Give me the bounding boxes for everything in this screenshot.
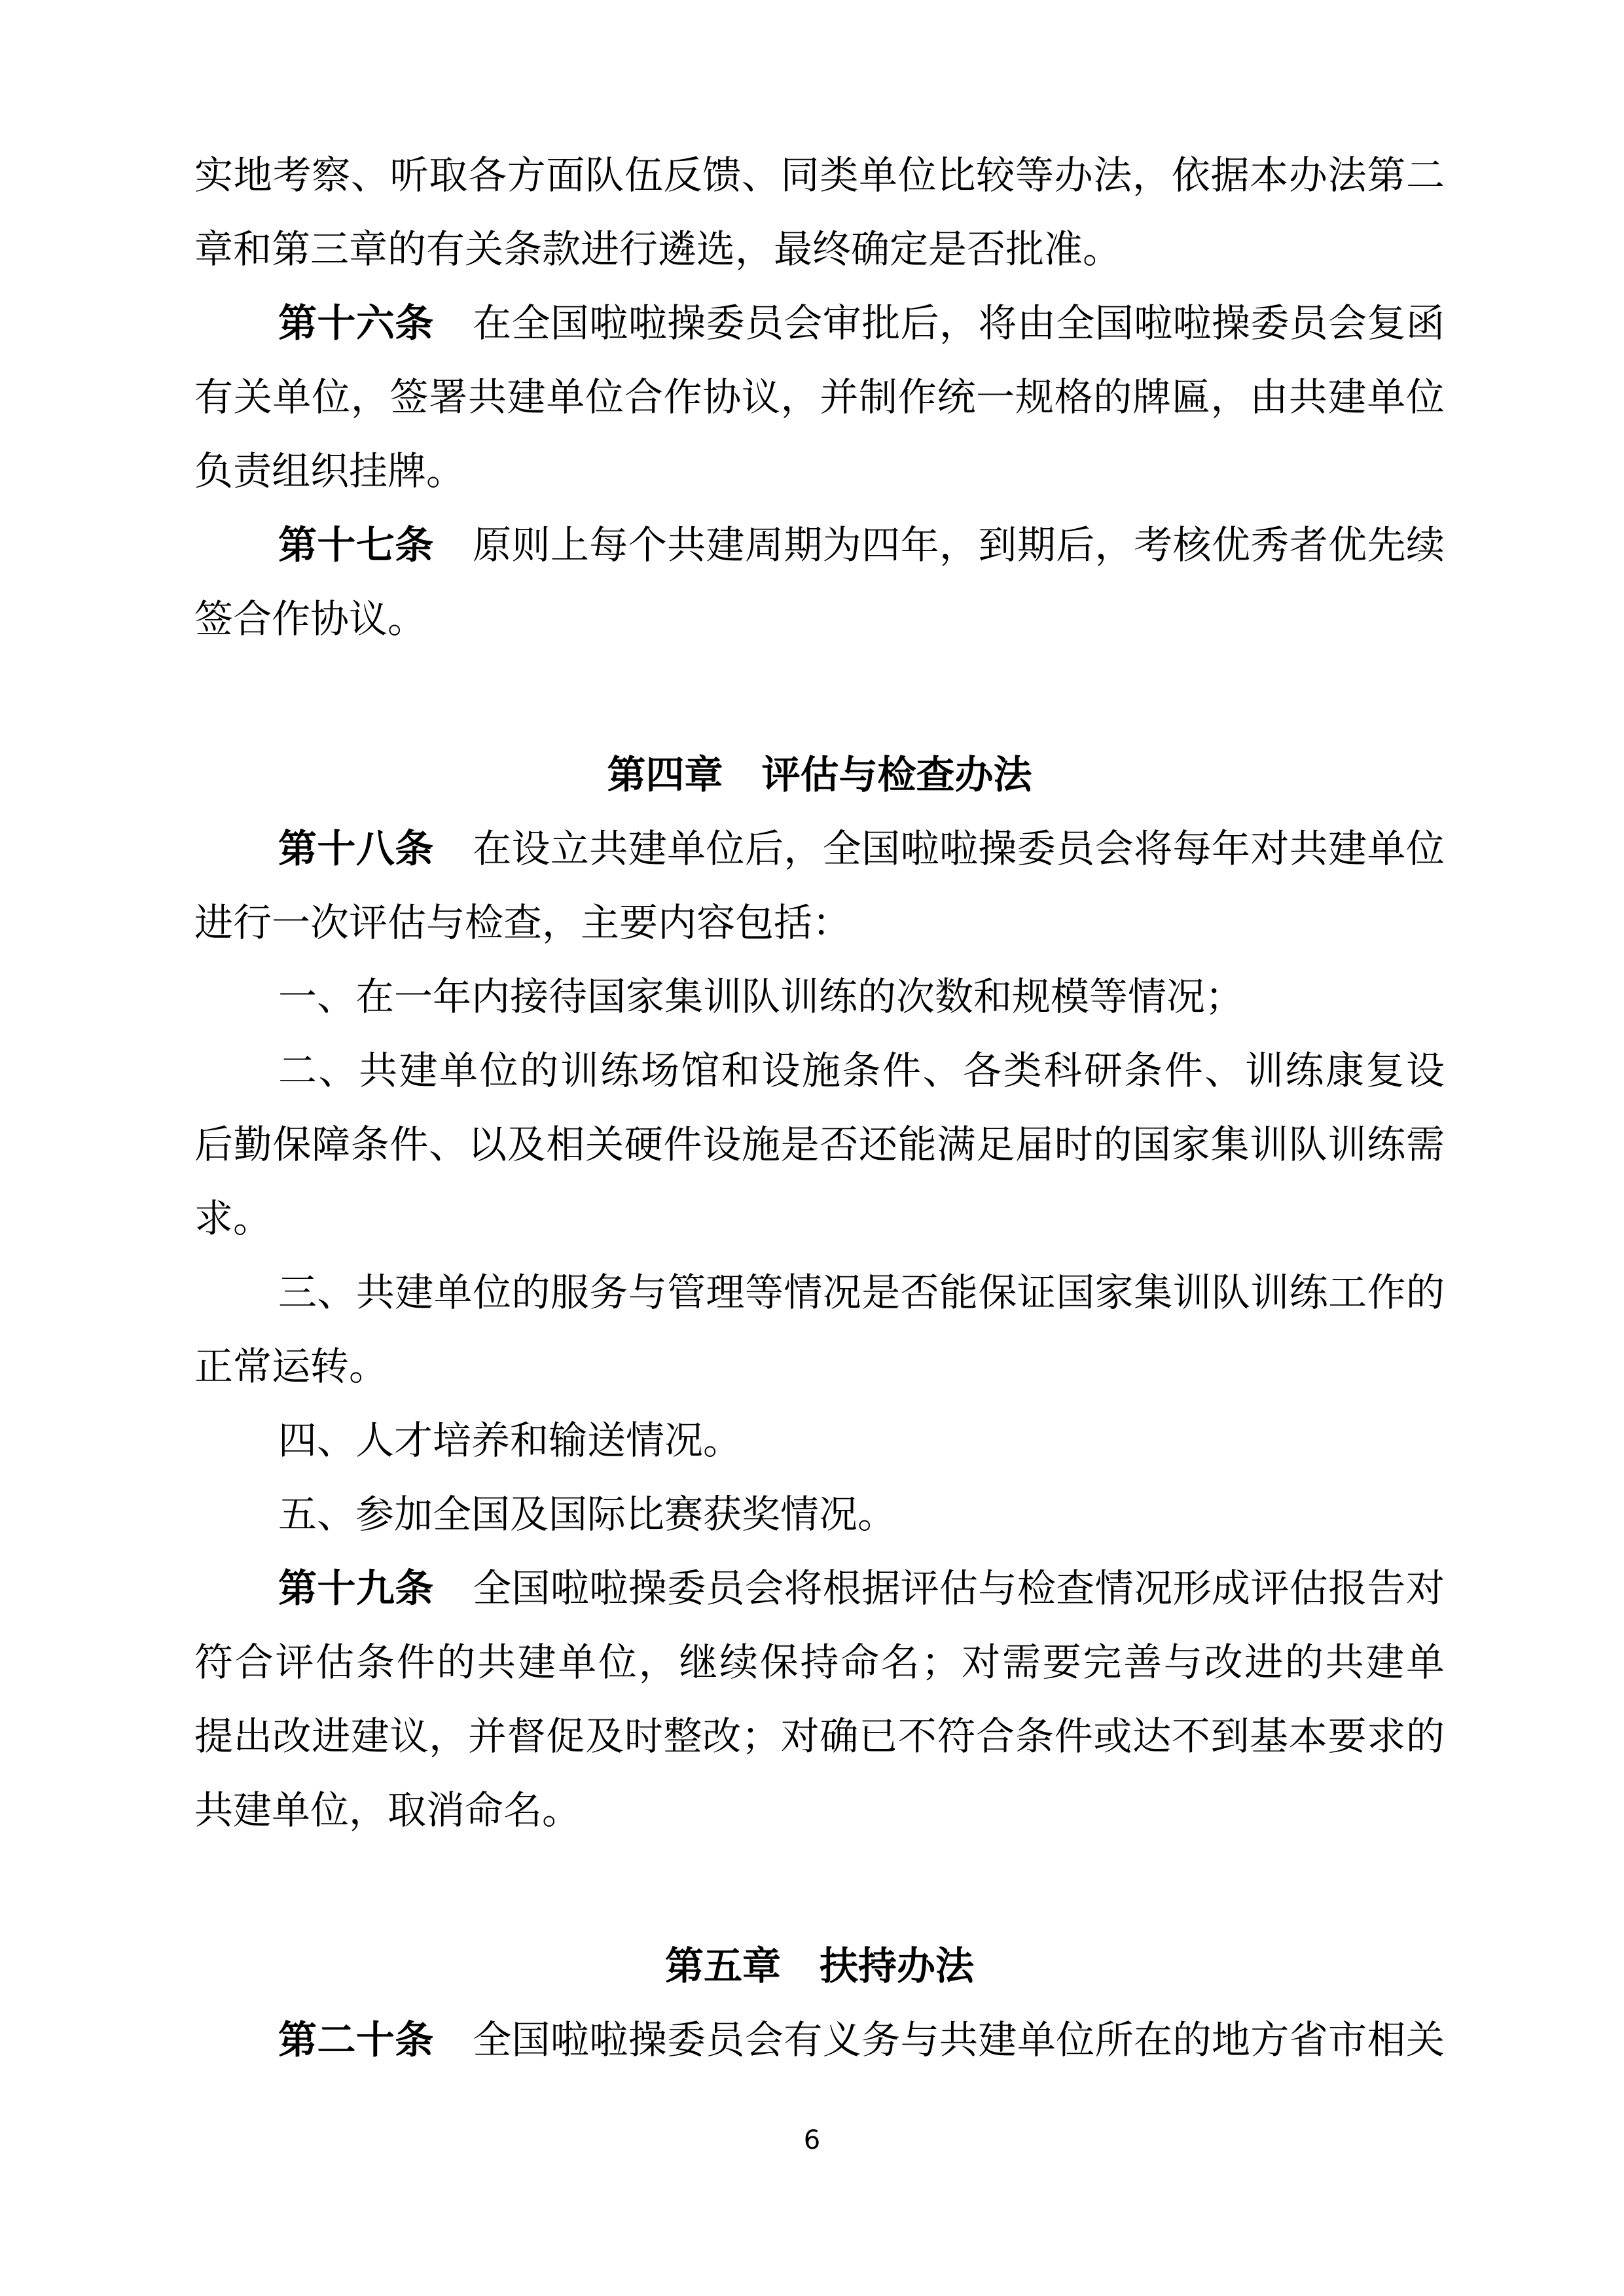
article-number: 第十八条 (278, 827, 434, 870)
chapter-heading: 第五章 扶持办法 (194, 1929, 1445, 2003)
text-line: 第十六条 在全国啦啦操委员会审批后，将由全国啦啦操委员会复函 (194, 287, 1445, 361)
line-text: 章和第三章的有关条款进行遴选，最终确定是否批准。 (194, 228, 1121, 271)
line-text: 二、共建单位的训练场馆和设施条件、各类科研条件、训练康复设施、 (194, 1049, 1445, 1108)
line-text: 在全国啦啦操委员会审批后，将由全国啦啦操委员会复函 (434, 302, 1445, 345)
article-number: 第十九条 (278, 1567, 434, 1610)
line-text: 共建单位，取消命名。 (194, 1789, 581, 1832)
line-text: 后勤保障条件、以及相关硬件设施是否还能满足届时的国家集训队训练需 (194, 1123, 1445, 1166)
text-line: 提出改进建议，并督促及时整改；对确已不符合条件或达不到基本要求的 (194, 1700, 1445, 1774)
line-text: 五、参加全国及国际比赛获奖情况。 (278, 1493, 896, 1536)
line-text: 提出改进建议，并督促及时整改；对确已不符合条件或达不到基本要求的 (194, 1715, 1445, 1758)
line-text: 全国啦啦操委员会有义务与共建单位所在的地方省市相关 (434, 2018, 1445, 2062)
text-line: 签合作协议。 (194, 583, 1445, 656)
line-text: 四、人才培养和输送情况。 (278, 1419, 742, 1462)
line-text: 负责组织挂牌。 (194, 450, 465, 493)
text-line: 五、参加全国及国际比赛获奖情况。 (194, 1478, 1445, 1552)
text-line: 第二十条 全国啦啦操委员会有义务与共建单位所在的地方省市相关 (194, 2003, 1445, 2077)
text-line: 一、在一年内接待国家集训队训练的次数和规模等情况； (194, 960, 1445, 1034)
line-text: 求。 (194, 1197, 272, 1240)
line-text: 符合评估条件的共建单位，继续保持命名；对需要完善与改进的共建单位， (194, 1641, 1445, 1700)
text-line: 实地考察、听取各方面队伍反馈、同类单位比较等办法，依据本办法第二 (194, 139, 1445, 213)
text-line: 有关单位，签署共建单位合作协议，并制作统一规格的牌匾，由共建单位 (194, 361, 1445, 435)
text-line: 正常运转。 (194, 1330, 1445, 1404)
text-line: 第十七条 原则上每个共建周期为四年，到期后，考核优秀者优先续 (194, 509, 1445, 583)
document-body: 实地考察、听取各方面队伍反馈、同类单位比较等办法，依据本办法第二 章和第三章的有… (194, 0, 1445, 2077)
line-text: 有关单位，签署共建单位合作协议，并制作统一规格的牌匾，由共建单位 (194, 376, 1445, 419)
article-number: 第二十条 (278, 2018, 434, 2062)
text-line: 进行一次评估与检查，主要内容包括： (194, 886, 1445, 960)
text-line: 章和第三章的有关条款进行遴选，最终确定是否批准。 (194, 213, 1445, 287)
text-line: 后勤保障条件、以及相关硬件设施是否还能满足届时的国家集训队训练需 (194, 1108, 1445, 1182)
document-page: 实地考察、听取各方面队伍反馈、同类单位比较等办法，依据本办法第二 章和第三章的有… (0, 0, 1624, 2296)
line-text: 一、在一年内接待国家集训队训练的次数和规模等情况； (278, 975, 1244, 1018)
chapter-heading: 第四章 评估与检查办法 (194, 738, 1445, 812)
text-line: 符合评估条件的共建单位，继续保持命名；对需要完善与改进的共建单位， (194, 1626, 1445, 1700)
text-line: 共建单位，取消命名。 (194, 1774, 1445, 1848)
article-number: 第十七条 (278, 524, 434, 567)
text-line: 第十九条 全国啦啦操委员会将根据评估与检查情况形成评估报告对 (194, 1552, 1445, 1626)
text-line: 求。 (194, 1182, 1445, 1256)
line-text: 进行一次评估与检查，主要内容包括： (194, 901, 851, 944)
line-text: 在设立共建单位后，全国啦啦操委员会将每年对共建单位 (434, 827, 1445, 870)
text-line: 二、共建单位的训练场馆和设施条件、各类科研条件、训练康复设施、 (194, 1034, 1445, 1108)
text-line: 三、共建单位的服务与管理等情况是否能保证国家集训队训练工作的 (194, 1256, 1445, 1330)
line-text: 正常运转。 (194, 1345, 388, 1388)
page-number: 6 (0, 2122, 1624, 2159)
line-text: 原则上每个共建周期为四年，到期后，考核优秀者优先续 (434, 524, 1445, 567)
line-text: 全国啦啦操委员会将根据评估与检查情况形成评估报告对 (434, 1567, 1445, 1610)
line-text: 签合作协议。 (194, 598, 426, 641)
text-line: 四、人才培养和输送情况。 (194, 1404, 1445, 1478)
text-line: 负责组织挂牌。 (194, 435, 1445, 509)
line-text: 实地考察、听取各方面队伍反馈、同类单位比较等办法，依据本办法第二 (194, 154, 1445, 197)
line-text: 三、共建单位的服务与管理等情况是否能保证国家集训队训练工作的 (278, 1271, 1445, 1314)
article-number: 第十六条 (278, 302, 434, 345)
text-line: 第十八条 在设立共建单位后，全国啦啦操委员会将每年对共建单位 (194, 812, 1445, 886)
